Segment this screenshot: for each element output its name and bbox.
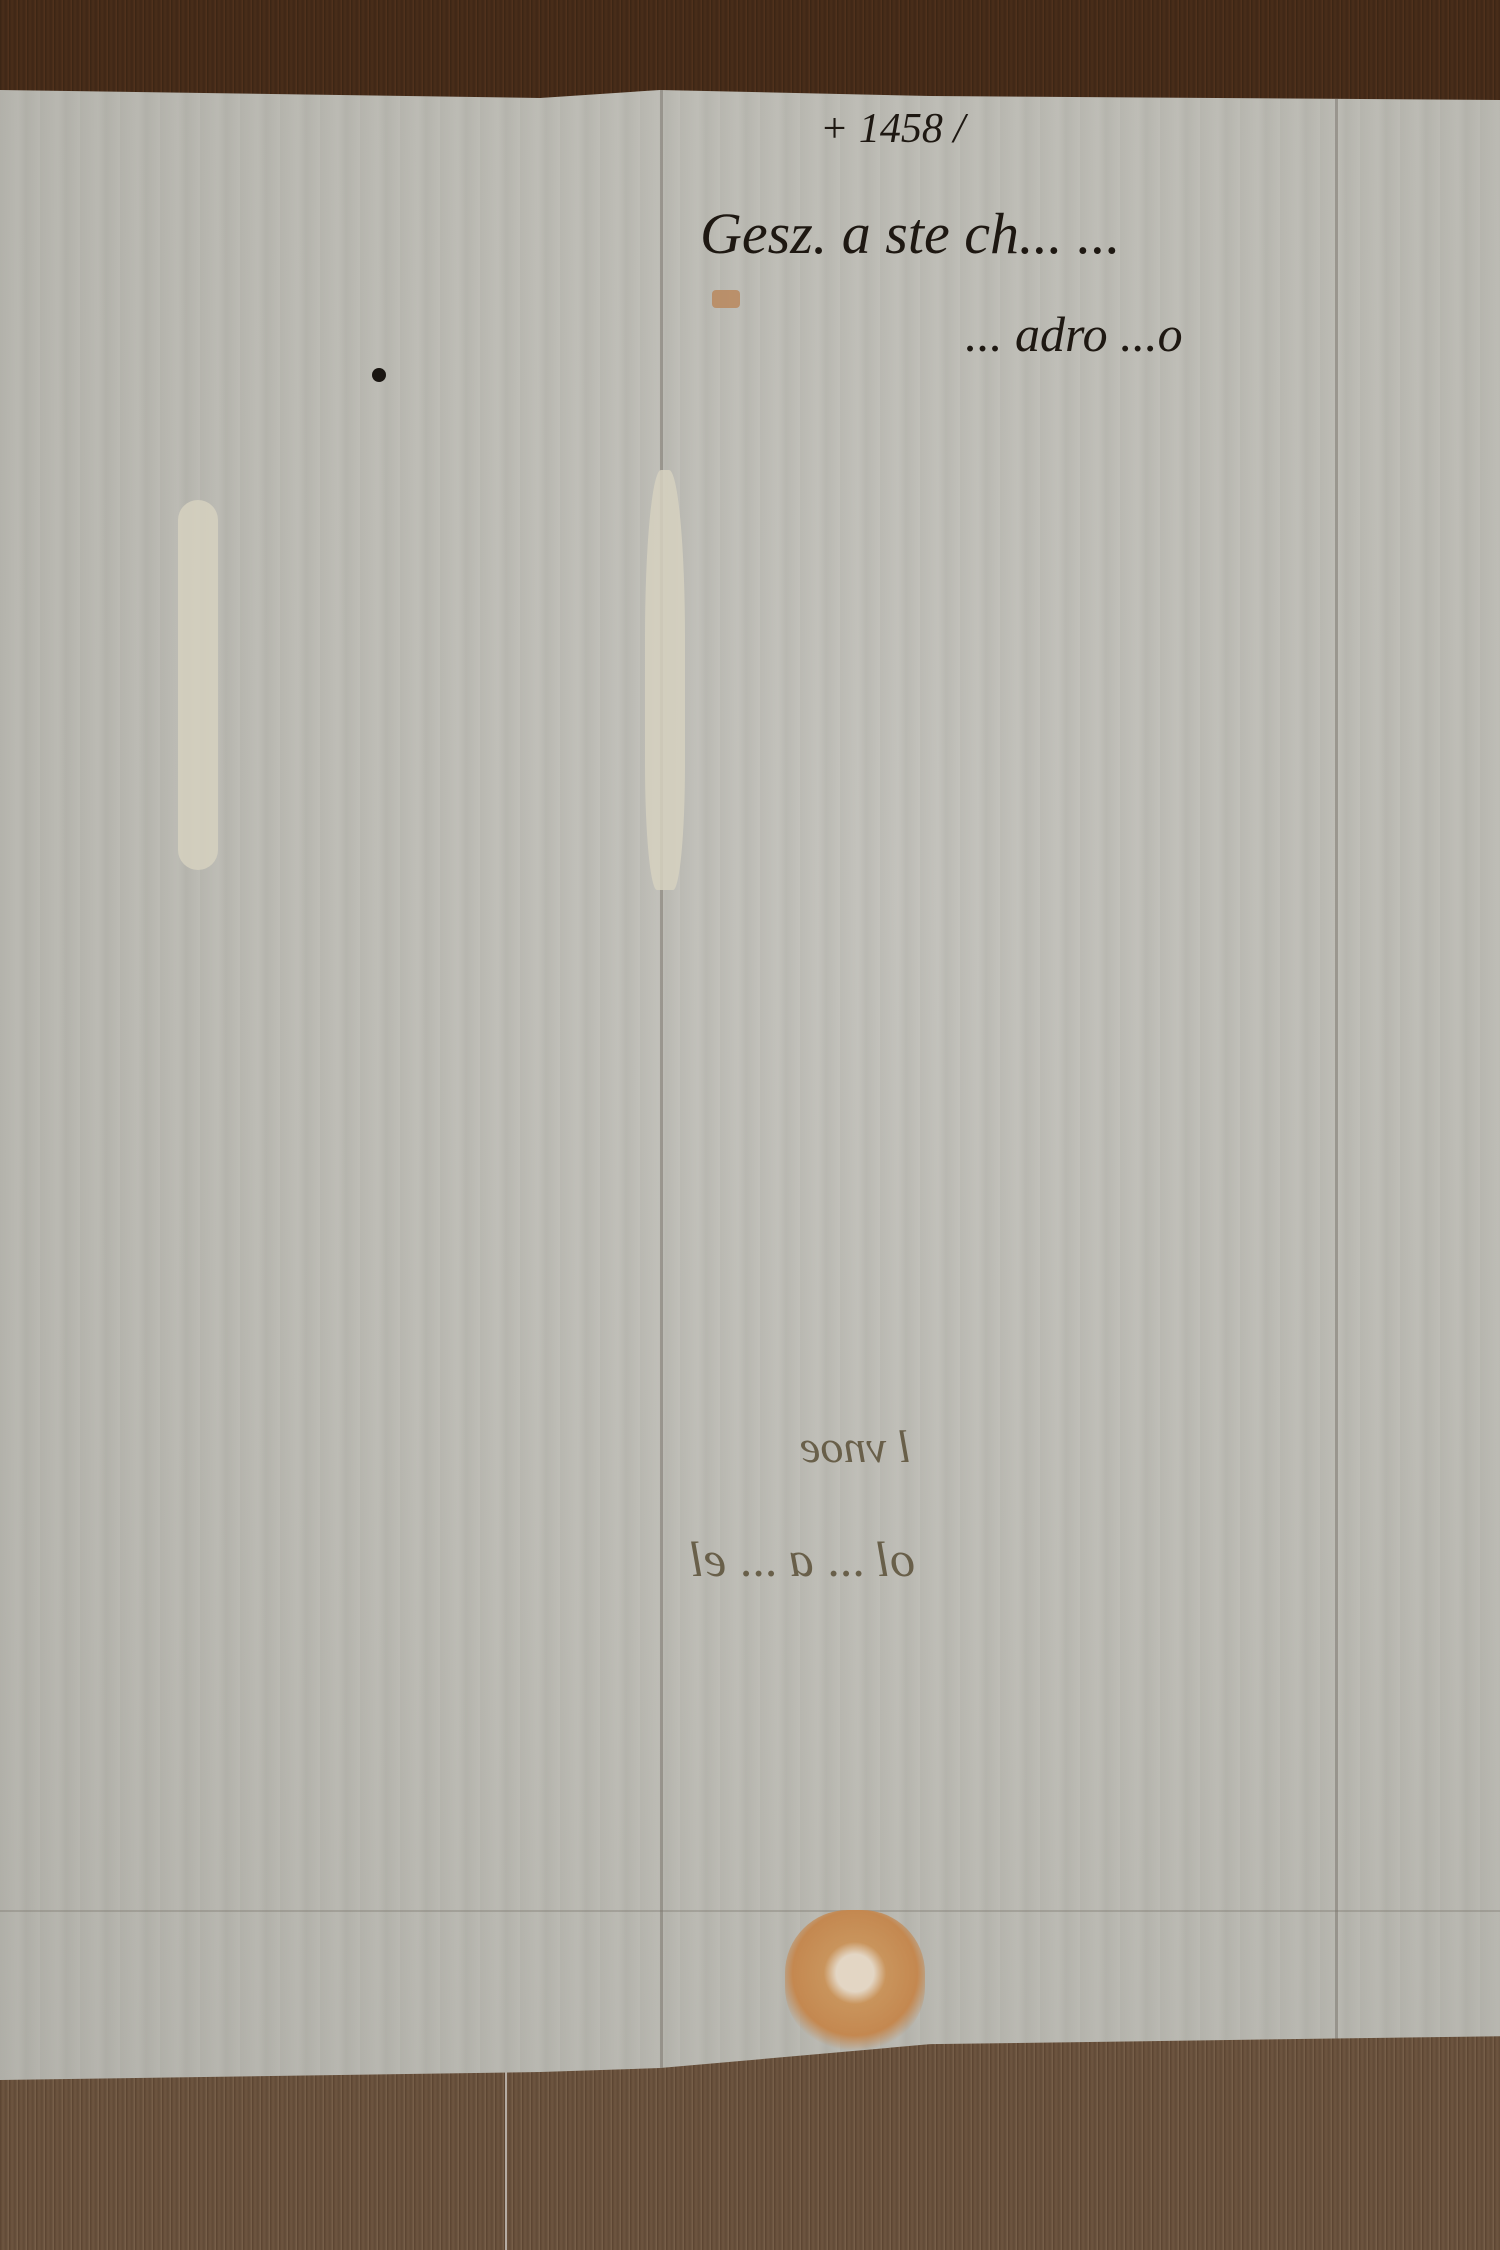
vertical-fold-line (660, 90, 663, 2080)
manuscript-page (0, 90, 1500, 2080)
wood-seam (505, 2060, 507, 2250)
bleed-through-line-2: ol ... a ... el (690, 1530, 915, 1588)
ink-dot (372, 368, 386, 382)
repair-tape-strip (178, 500, 218, 870)
horizontal-fold-line (0, 1910, 1500, 1912)
vertical-fold-line (1335, 90, 1338, 2080)
wax-seal-stain (785, 1910, 925, 2050)
address-line-1: + 1458 / (820, 105, 965, 153)
bleed-through-line-1: l vnoe (800, 1420, 911, 1473)
repair-tape-strip (645, 470, 685, 890)
address-line-2: Gesz. a ste ch... ... (700, 200, 1120, 267)
rust-mark (712, 290, 740, 308)
address-line-3: ... adro ...o (965, 305, 1183, 363)
